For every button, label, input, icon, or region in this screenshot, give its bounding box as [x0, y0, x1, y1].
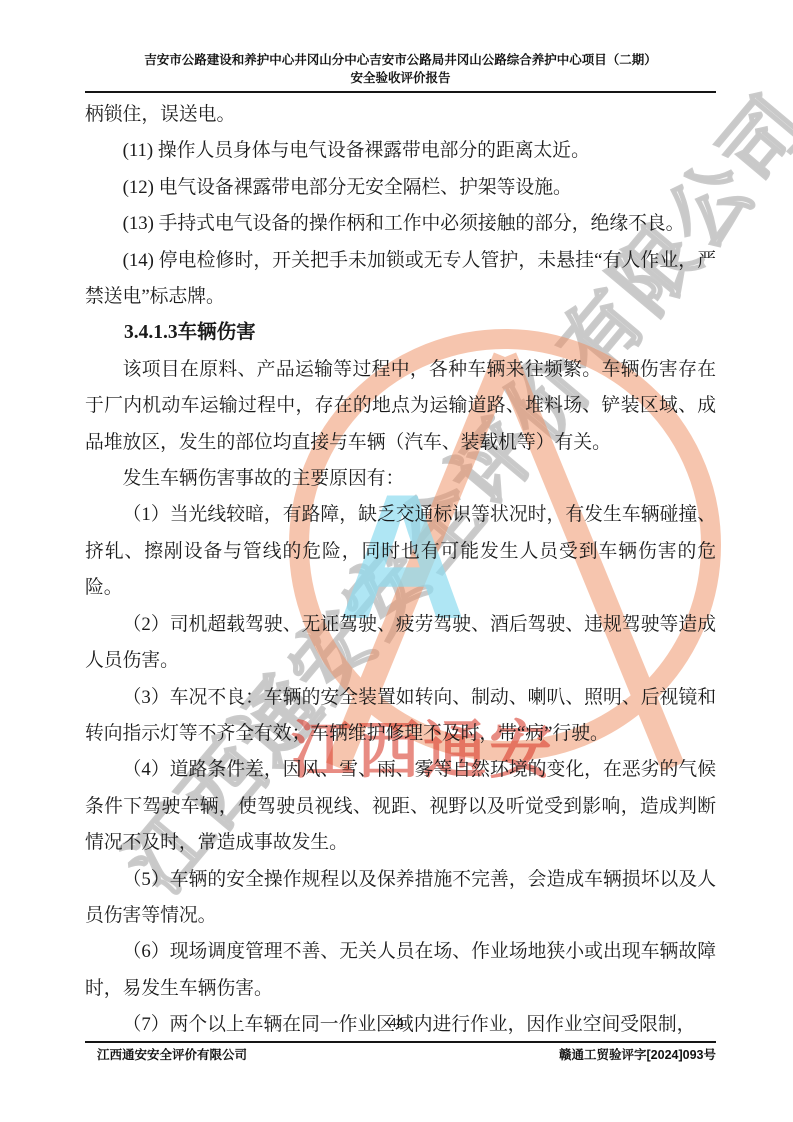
- cause-item-3: （3）车况不良：车辆的安全装置如转向、制动、喇叭、照明、后视镜和转向指示灯等不齐…: [85, 680, 716, 753]
- header-title-line1: 吉安市公路建设和养护中心井冈山分中心吉安市公路局井冈山公路综合养护中心项目（二期…: [85, 51, 716, 69]
- list-item-13: (13) 手持式电气设备的操作柄和工作中必须接触的部分，绝缘不良。: [85, 206, 716, 242]
- paragraph-carryover: 柄锁住，误送电。: [85, 97, 716, 133]
- list-item-12: (12) 电气设备裸露带电部分无安全隔栏、护架等设施。: [85, 170, 716, 206]
- body-text: 柄锁住，误送电。 (11) 操作人员身体与电气设备裸露带电部分的距离太近。 (1…: [85, 97, 716, 1044]
- document-page: 江西通安安全评价有限公司 A 江西通安 吉安市公路建设和养护中心井冈山分中心吉安…: [0, 0, 793, 1122]
- cause-item-4: （4）道路条件差，因风、雪、雨、雾等自然环境的变化，在恶劣的气候条件下驾驶车辆，…: [85, 752, 716, 861]
- header-rule: [85, 91, 716, 93]
- list-item-11: (11) 操作人员身体与电气设备裸露带电部分的距离太近。: [85, 133, 716, 169]
- page-number: 44: [0, 1016, 793, 1030]
- cause-item-6: （6）现场调度管理不善、无关人员在场、作业场地狭小或出现车辆故障时，易发生车辆伤…: [85, 934, 716, 1007]
- footer-doc-number: 赣通工贸验评字[2024]093号: [559, 1046, 716, 1064]
- footer-company: 江西通安安全评价有限公司: [85, 1046, 247, 1064]
- cause-item-1: （1）当光线较暗，有路障，缺乏交通标识等状况时，有发生车辆碰撞、挤轧、擦剐设备与…: [85, 497, 716, 606]
- page-header: 吉安市公路建设和养护中心井冈山分中心吉安市公路局井冈山公路综合养护中心项目（二期…: [85, 51, 716, 87]
- header-title-line2: 安全验收评价报告: [85, 69, 716, 87]
- section-heading: 3.4.1.3车辆伤害: [85, 315, 716, 351]
- footer-rule: [85, 1041, 716, 1043]
- list-item-14: (14) 停电检修时，开关把手未加锁或无专人管护，未悬挂“有人作业，严禁送电”标…: [85, 243, 716, 316]
- cause-item-2: （2）司机超载驾驶、无证驾驶、疲劳驾驶、酒后驾驶、违规驾驶等造成人员伤害。: [85, 607, 716, 680]
- page-footer: 江西通安安全评价有限公司 赣通工贸验评字[2024]093号: [85, 1046, 716, 1064]
- paragraph-overview: 该项目在原料、产品运输等过程中，各种车辆来往频繁。车辆伤害存在于厂内机动车运输过…: [85, 352, 716, 461]
- paragraph-causes-lead: 发生车辆伤害事故的主要原因有：: [85, 461, 716, 497]
- page-content: 吉安市公路建设和养护中心井冈山分中心吉安市公路局井冈山公路综合养护中心项目（二期…: [0, 0, 793, 1122]
- cause-item-5: （5）车辆的安全操作规程以及保养措施不完善，会造成车辆损坏以及人员伤害等情况。: [85, 862, 716, 935]
